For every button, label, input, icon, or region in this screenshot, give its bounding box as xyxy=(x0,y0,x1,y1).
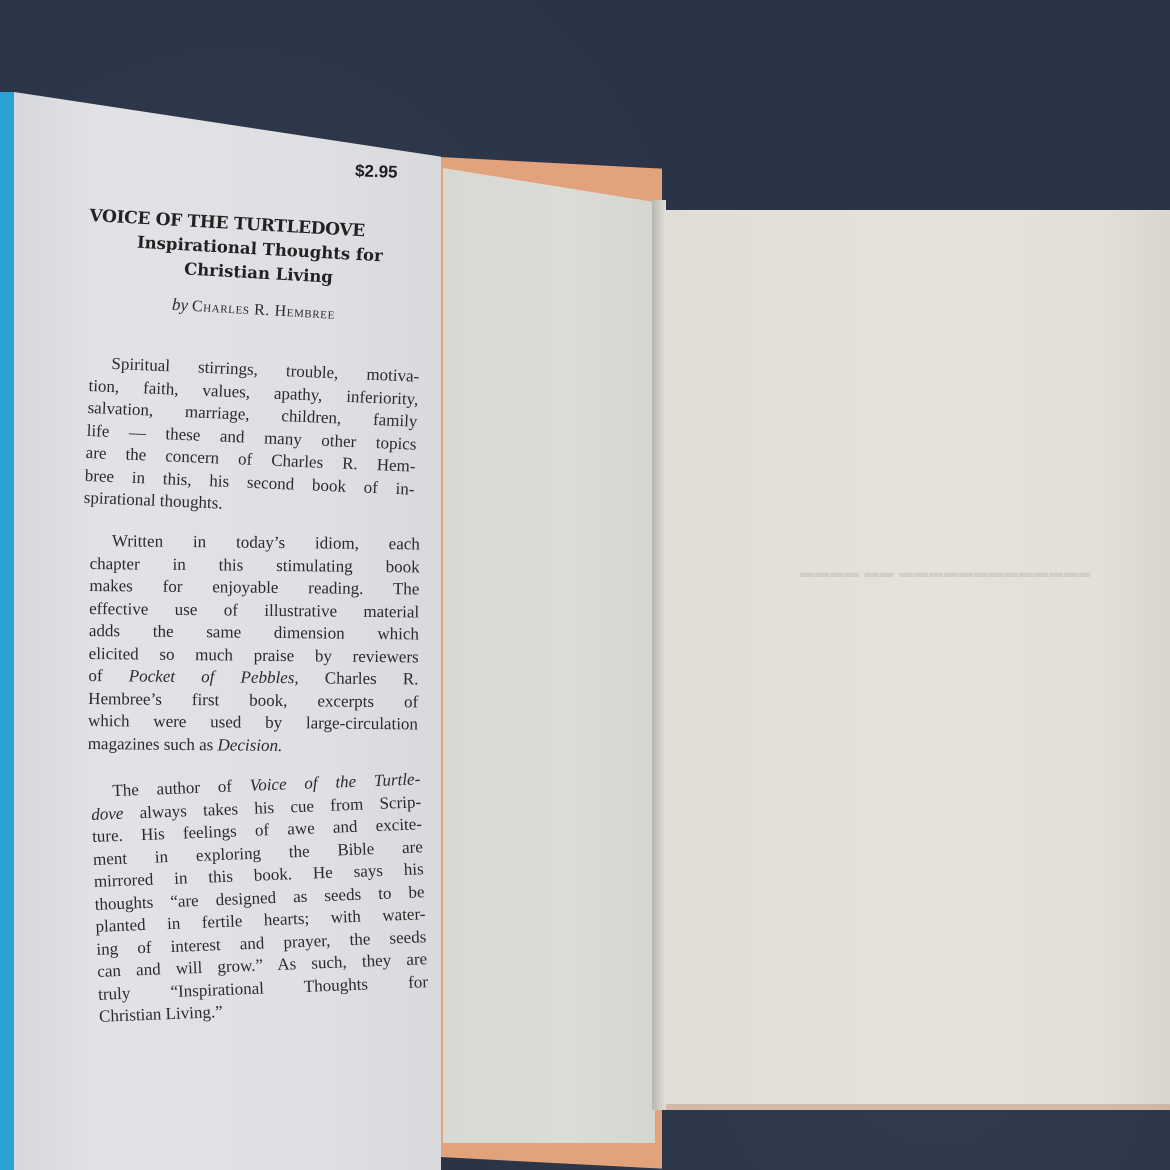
byline-by: by xyxy=(172,295,189,315)
text-line: which were used by large-circulation xyxy=(88,710,418,736)
jacket-spine-blue-edge xyxy=(0,92,14,1170)
price-label: $2.95 xyxy=(355,161,398,182)
book-title-reference: Voice of the Turtle- xyxy=(249,769,420,795)
magazine-reference-decision: Decision. xyxy=(217,735,282,755)
text-line: of Pocket of Pebbles, Charles R. xyxy=(88,665,418,691)
book-title-reference: dove xyxy=(91,803,124,823)
text-line: magazines such as Decision. xyxy=(88,732,418,758)
text-fragment: of xyxy=(88,666,129,685)
text-fragment: magazines such as xyxy=(88,733,218,753)
flap-title-block: VOICE OF THE TURTLEDOVE Inspirational Th… xyxy=(84,206,419,328)
book-gutter xyxy=(652,200,666,1110)
text-fragment: The author of xyxy=(112,776,250,800)
show-through-text: ▬▬▬▬ ▬▬ ▬▬▬▬▬▬▬▬▬▬▬▬▬ xyxy=(800,566,1090,578)
endpaper xyxy=(443,168,655,1143)
blank-right-page xyxy=(664,210,1170,1110)
blurb-paragraph-3: The author of Voice of the Turtle- dove … xyxy=(90,768,429,1028)
blurb-paragraph-2: Written in today’s idiom, each chapter i… xyxy=(88,530,420,758)
text-line: Written in today’s idiom, each xyxy=(90,530,420,556)
page-bottom-edge xyxy=(666,1104,1170,1110)
text-fragment: Charles R. xyxy=(299,668,419,688)
book-reference-pocket-of-pebbles: Pocket of Pebbles, xyxy=(129,666,299,687)
text-line: makes for enjoyable reading. The xyxy=(89,575,419,601)
text-line: adds the same dimension which xyxy=(89,620,419,646)
blurb-paragraph-1: Spiritual stirrings, trouble, motiva- ti… xyxy=(83,352,419,523)
